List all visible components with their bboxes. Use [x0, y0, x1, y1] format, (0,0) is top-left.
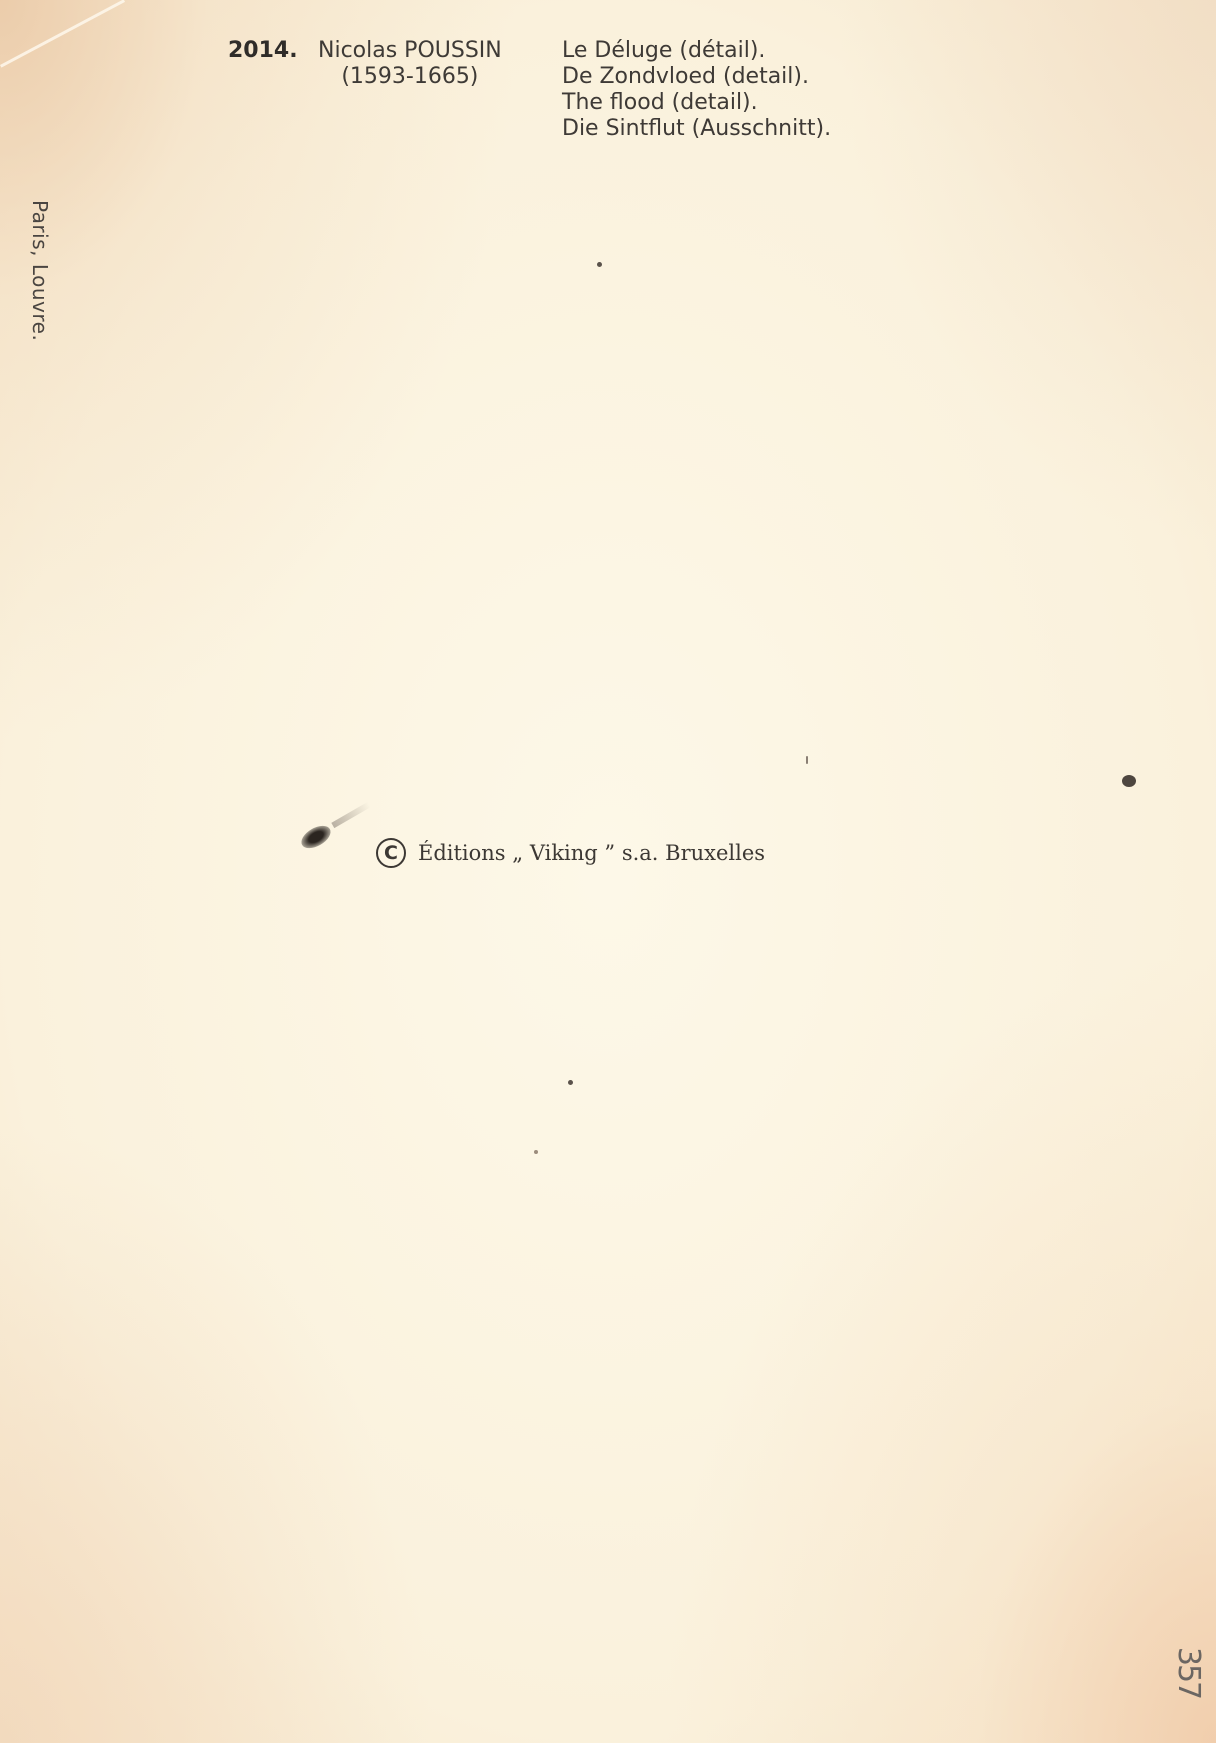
paper-spot [534, 1150, 538, 1154]
title-english: The flood (detail). [562, 90, 831, 116]
museum-location: Paris, Louvre. [28, 200, 52, 341]
catalogue-number: 2014. [228, 38, 298, 64]
postcard-back [0, 0, 1216, 1743]
copyright-icon: C [376, 838, 406, 868]
artist-name: Nicolas POUSSIN [318, 38, 502, 64]
paper-spot [597, 262, 602, 267]
artist-block: Nicolas POUSSIN (1593-1665) [318, 38, 502, 90]
title-german: Die Sintflut (Ausschnitt). [562, 116, 831, 142]
publisher-line: C Éditions „ Viking ” s.a. Bruxelles [376, 838, 765, 868]
publisher-text: Éditions „ Viking ” s.a. Bruxelles [418, 841, 765, 865]
artwork-titles: Le Déluge (détail). De Zondvloed (detail… [562, 38, 831, 142]
paper-spot [1122, 775, 1136, 787]
artist-dates: (1593-1665) [318, 64, 502, 90]
title-dutch: De Zondvloed (detail). [562, 64, 831, 90]
pencil-mark: 357 [1171, 1647, 1206, 1698]
paper-spot [568, 1080, 573, 1085]
paper-spot [806, 756, 808, 764]
title-french: Le Déluge (détail). [562, 38, 831, 64]
